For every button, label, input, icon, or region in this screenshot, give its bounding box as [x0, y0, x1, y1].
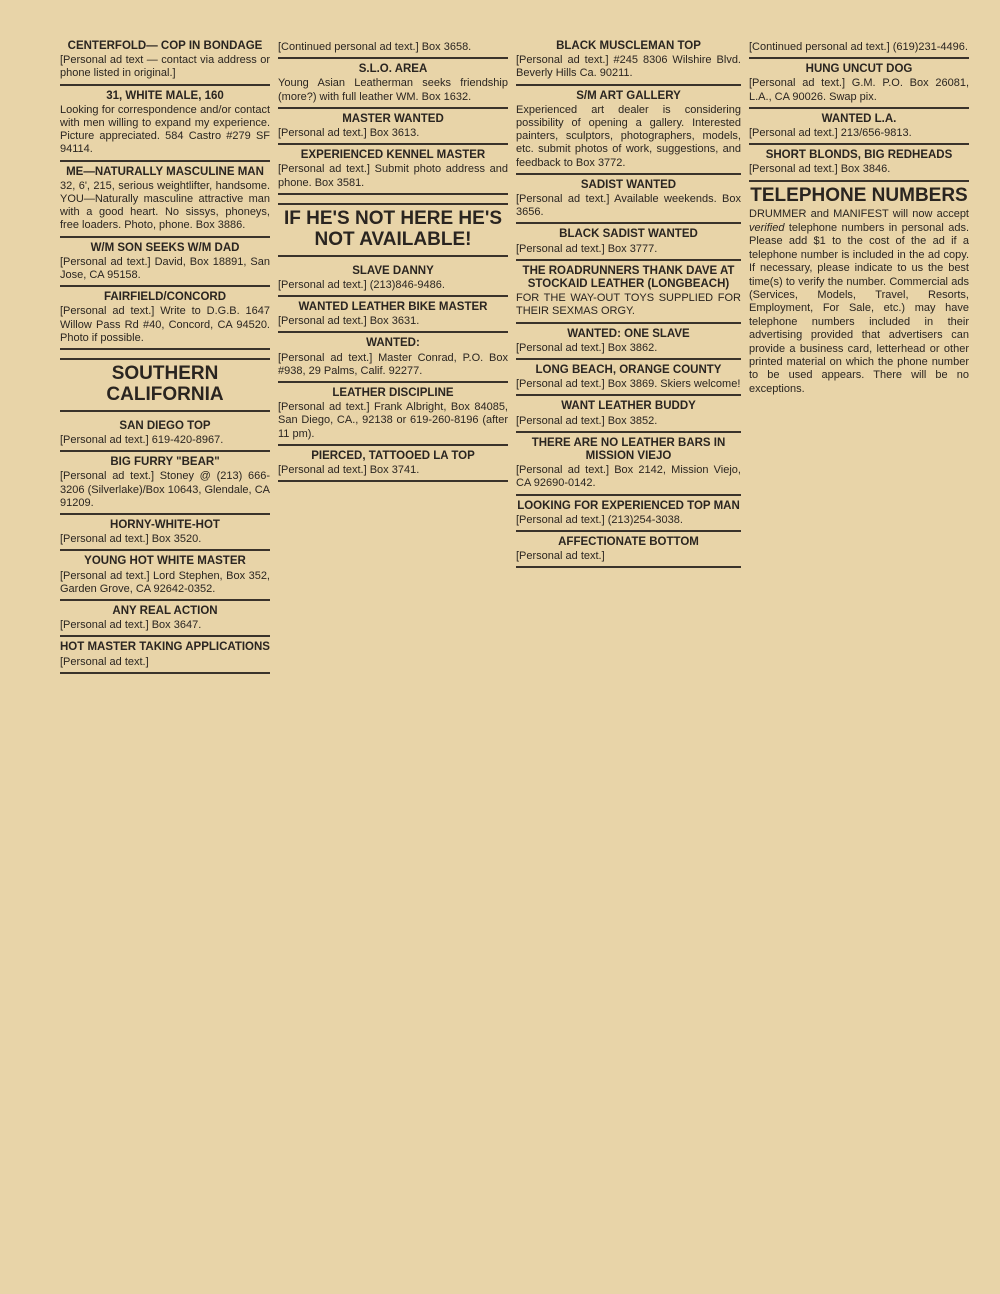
ad-body: [Personal ad text.] 619-420-8967. — [60, 434, 270, 447]
classified-ad: W/M SON SEEKS W/M DAD[Personal ad text.]… — [60, 242, 270, 288]
ad-title: HUNG UNCUT DOG — [749, 63, 969, 76]
ad-body: [Personal ad text.] Stoney @ (213) 666-3… — [60, 470, 270, 510]
ad-title: LOOKING FOR EXPERIENCED TOP MAN — [516, 500, 741, 513]
ad-body: [Personal ad text.] Available weekends. … — [516, 193, 741, 219]
ad-title: BIG FURRY "BEAR" — [60, 456, 270, 469]
ad-body: [Personal ad text.] (213)254-3038. — [516, 514, 741, 527]
ad-title: SHORT BLONDS, BIG REDHEADS — [749, 149, 969, 162]
ad-body: Experienced art dealer is considering po… — [516, 104, 741, 170]
classified-ad: MASTER WANTED[Personal ad text.] Box 361… — [278, 113, 508, 145]
classified-ad: WANTED L.A.[Personal ad text.] 213/656-9… — [749, 113, 969, 145]
ad-body: [Continued personal ad text.] Box 3658. — [278, 41, 508, 54]
ad-body: [Personal ad text.] Box 3631. — [278, 315, 508, 328]
ad-title: WANTED LEATHER BIKE MASTER — [278, 301, 508, 314]
ad-title: SLAVE DANNY — [278, 265, 508, 278]
classified-ad: SAN DIEGO TOP[Personal ad text.] 619-420… — [60, 420, 270, 452]
ad-body: [Personal ad text.] Box 3777. — [516, 243, 741, 256]
classified-ad: [Continued personal ad text.] Box 3658. — [278, 40, 508, 59]
ad-body: [Personal ad text.] — [60, 656, 270, 669]
section-banner: SOUTHERN CALIFORNIA — [60, 358, 270, 412]
ad-title: LEATHER DISCIPLINE — [278, 387, 508, 400]
ad-title: BLACK SADIST WANTED — [516, 228, 741, 241]
classified-ad: SADIST WANTED[Personal ad text.] Availab… — [516, 179, 741, 225]
column-4: [Continued personal ad text.] (619)231-4… — [749, 40, 969, 1240]
classified-ad: THE ROADRUNNERS THANK DAVE AT STOCKAID L… — [516, 265, 741, 324]
ad-body: [Personal ad text.] Box 3869. Skiers wel… — [516, 378, 741, 391]
ad-body: [Personal ad text.] Box 3846. — [749, 163, 969, 176]
ad-body: [Personal ad text.] (213)846-9486. — [278, 279, 508, 292]
classified-ad: CENTERFOLD— COP IN BONDAGE[Personal ad t… — [60, 40, 270, 86]
ad-body: FOR THE WAY-OUT TOYS SUPPLIED FOR THEIR … — [516, 292, 741, 318]
ad-body: [Personal ad text — contact via address … — [60, 54, 270, 80]
classified-ad: LONG BEACH, ORANGE COUNTY[Personal ad te… — [516, 364, 741, 396]
ad-title: HORNY-WHITE-HOT — [60, 519, 270, 532]
ad-title: SADIST WANTED — [516, 179, 741, 192]
classified-ad: HORNY-WHITE-HOT[Personal ad text.] Box 3… — [60, 519, 270, 551]
ad-body: [Personal ad text.] 213/656-9813. — [749, 127, 969, 140]
classified-ad: PIERCED, TATTOOED LA TOP[Personal ad tex… — [278, 450, 508, 482]
classified-ad: FAIRFIELD/CONCORD[Personal ad text.] Wri… — [60, 291, 270, 350]
ad-title: WANT LEATHER BUDDY — [516, 400, 741, 413]
ad-title: WANTED: ONE SLAVE — [516, 328, 741, 341]
classified-ad: WANTED:[Personal ad text.] Master Conrad… — [278, 337, 508, 383]
ad-title: W/M SON SEEKS W/M DAD — [60, 242, 270, 255]
ad-body: [Personal ad text.] Box 3520. — [60, 533, 270, 546]
ad-body: [Personal ad text.] Frank Albright, Box … — [278, 401, 508, 441]
ad-title: S/M ART GALLERY — [516, 90, 741, 103]
classified-ad: HUNG UNCUT DOG[Personal ad text.] G.M. P… — [749, 63, 969, 109]
ad-title: CENTERFOLD— COP IN BONDAGE — [60, 40, 270, 53]
ad-body: [Personal ad text.] Box 2142, Mission Vi… — [516, 464, 741, 490]
ad-title: SAN DIEGO TOP — [60, 420, 270, 433]
ad-title: BLACK MUSCLEMAN TOP — [516, 40, 741, 53]
column-3: BLACK MUSCLEMAN TOP[Personal ad text.] #… — [516, 40, 741, 1240]
ad-title: FAIRFIELD/CONCORD — [60, 291, 270, 304]
ad-title: YOUNG HOT WHITE MASTER — [60, 555, 270, 568]
ad-title: LONG BEACH, ORANGE COUNTY — [516, 364, 741, 377]
ad-body: [Personal ad text.] Box 3613. — [278, 127, 508, 140]
classified-ad: BLACK MUSCLEMAN TOP[Personal ad text.] #… — [516, 40, 741, 86]
classified-ad: SHORT BLONDS, BIG REDHEADS[Personal ad t… — [749, 149, 969, 181]
ad-body: [Personal ad text.] Lord Stephen, Box 35… — [60, 570, 270, 596]
ad-body: 32, 6', 215, serious weightlifter, hands… — [60, 180, 270, 233]
ad-body: Looking for correspondence and/or contac… — [60, 104, 270, 157]
ad-title: THERE ARE NO LEATHER BARS IN MISSION VIE… — [516, 437, 741, 463]
ad-body: [Personal ad text.] Write to D.G.B. 1647… — [60, 305, 270, 345]
ad-title: THE ROADRUNNERS THANK DAVE AT STOCKAID L… — [516, 265, 741, 291]
ad-title: AFFECTIONATE BOTTOM — [516, 536, 741, 549]
ad-body: [Personal ad text.] — [516, 550, 741, 563]
ad-title: S.L.O. AREA — [278, 63, 508, 76]
ad-body: [Personal ad text.] Box 3741. — [278, 464, 508, 477]
ad-body: [Personal ad text.] Box 3852. — [516, 415, 741, 428]
ad-body: [Personal ad text.] Master Conrad, P.O. … — [278, 352, 508, 378]
classified-ad: LOOKING FOR EXPERIENCED TOP MAN[Personal… — [516, 500, 741, 532]
column-2: [Continued personal ad text.] Box 3658.S… — [278, 40, 508, 1240]
ad-body: Young Asian Leatherman seeks friendship … — [278, 77, 508, 103]
classified-ad: S.L.O. AREAYoung Asian Leatherman seeks … — [278, 63, 508, 109]
classified-ad: WANT LEATHER BUDDY[Personal ad text.] Bo… — [516, 400, 741, 432]
classified-ad: WANTED LEATHER BIKE MASTER[Personal ad t… — [278, 301, 508, 333]
ad-body: [Personal ad text.] G.M. P.O. Box 26081,… — [749, 77, 969, 103]
classified-ad: BLACK SADIST WANTED[Personal ad text.] B… — [516, 228, 741, 260]
ad-title: EXPERIENCED KENNEL MASTER — [278, 149, 508, 162]
ad-body: [Personal ad text.] David, Box 18891, Sa… — [60, 256, 270, 282]
ad-title: HOT MASTER TAKING APPLICATIONS — [60, 641, 270, 654]
ad-body: [Personal ad text.] Submit photo address… — [278, 163, 508, 189]
classified-ad: THERE ARE NO LEATHER BARS IN MISSION VIE… — [516, 437, 741, 496]
ad-body: [Personal ad text.] Box 3862. — [516, 342, 741, 355]
classified-ad: YOUNG HOT WHITE MASTER[Personal ad text.… — [60, 555, 270, 601]
ad-body: [Personal ad text.] Box 3647. — [60, 619, 270, 632]
classified-ad: WANTED: ONE SLAVE[Personal ad text.] Box… — [516, 328, 741, 360]
ad-title: ME—NATURALLY MASCULINE MAN — [60, 166, 270, 179]
classified-ad: SLAVE DANNY[Personal ad text.] (213)846-… — [278, 265, 508, 297]
ad-body: [Continued personal ad text.] (619)231-4… — [749, 41, 969, 54]
ad-title: 31, White Male, 160 — [60, 90, 270, 103]
classified-ad: HOT MASTER TAKING APPLICATIONS[Personal … — [60, 641, 270, 673]
classified-ad: 31, White Male, 160Looking for correspon… — [60, 90, 270, 162]
column-1: CENTERFOLD— COP IN BONDAGE[Personal ad t… — [60, 40, 270, 1240]
classified-ad: AFFECTIONATE BOTTOM[Personal ad text.] — [516, 536, 741, 568]
classified-ad: ME—NATURALLY MASCULINE MAN32, 6', 215, s… — [60, 166, 270, 238]
classified-ad: EXPERIENCED KENNEL MASTER[Personal ad te… — [278, 149, 508, 195]
ad-title: WANTED L.A. — [749, 113, 969, 126]
ad-title: WANTED: — [278, 337, 508, 350]
classified-ad: ANY REAL ACTION[Personal ad text.] Box 3… — [60, 605, 270, 637]
ad-title: PIERCED, TATTOOED LA TOP — [278, 450, 508, 463]
notice-body: DRUMMER and MANIFEST will now accept ver… — [749, 208, 969, 396]
classified-ad: [Continued personal ad text.] (619)231-4… — [749, 40, 969, 59]
telephone-notice: TELEPHONE NUMBERSDRUMMER and MANIFEST wi… — [749, 186, 969, 397]
section-banner: IF HE'S NOT HERE HE'S NOT AVAILABLE! — [278, 203, 508, 257]
ad-body: [Personal ad text.] #245 8306 Wilshire B… — [516, 54, 741, 80]
classified-ad: BIG FURRY "BEAR"[Personal ad text.] Ston… — [60, 456, 270, 515]
ad-title: MASTER WANTED — [278, 113, 508, 126]
classified-ad: LEATHER DISCIPLINE[Personal ad text.] Fr… — [278, 387, 508, 446]
notice-title: TELEPHONE NUMBERS — [749, 186, 969, 207]
classified-page: CENTERFOLD— COP IN BONDAGE[Personal ad t… — [60, 40, 965, 1240]
ad-title: ANY REAL ACTION — [60, 605, 270, 618]
classified-ad: S/M ART GALLERYExperienced art dealer is… — [516, 90, 741, 175]
